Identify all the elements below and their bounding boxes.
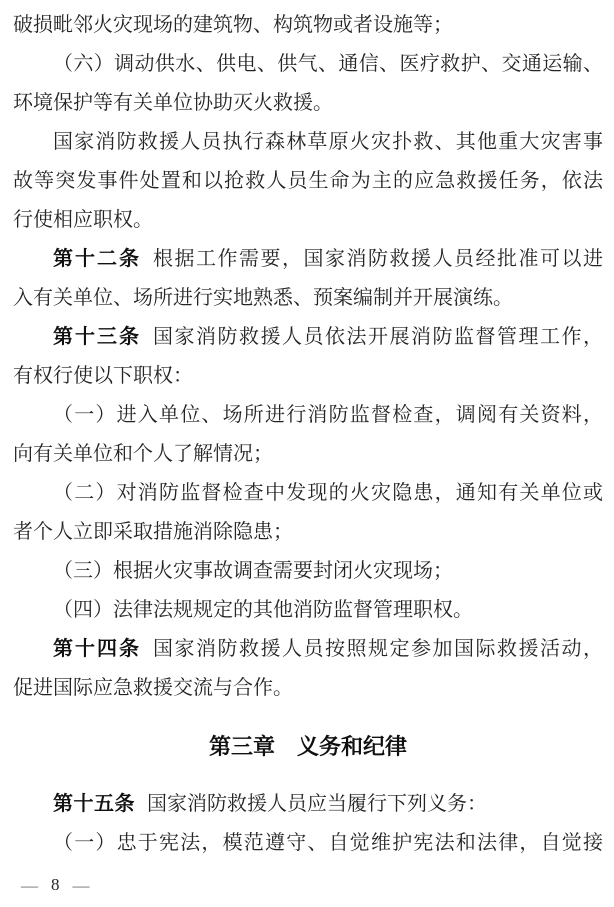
page-number: 8 <box>51 875 60 895</box>
article-line: 第十三条国家消防救援人员依法开展消防监督管理工作， <box>13 318 603 357</box>
text-line: （四）法律法规规定的其他消防监督管理职权。 <box>13 591 603 630</box>
text-line: 行使相应职权。 <box>13 201 603 240</box>
article-text: 根据工作需要，国家消防救援人员经批准可以进 <box>153 248 603 270</box>
text-line: 故等突发事件处置和以抢救人员生命为主的应急救援任务，依法 <box>13 162 603 201</box>
text-line: 向有关单位和个人了解情况； <box>13 435 603 474</box>
text-line: （六）调动供水、供电、供气、通信、医疗救护、交通运输、 <box>13 45 603 84</box>
footer-dash-right: — <box>73 877 90 894</box>
footer-dash-left: — <box>21 877 38 894</box>
text-line: 破损毗邻火灾现场的建筑物、构筑物或者设施等； <box>13 6 603 45</box>
text-line: 国家消防救援人员执行森林草原火灾扑救、其他重大灾害事 <box>13 123 603 162</box>
text-line: 入有关单位、场所进行实地熟悉、预案编制并开展演练。 <box>13 279 603 318</box>
text-line: （一）忠于宪法，模范遵守、自觉维护宪法和法律，自觉接 <box>13 824 603 863</box>
page-footer: — 8 — <box>21 872 90 898</box>
text-line: 促进国际应急救援交流与合作。 <box>13 669 603 708</box>
chapter-heading: 第三章 义务和纪律 <box>13 727 603 766</box>
text-line: （三）根据火灾事故调查需要封闭火灾现场； <box>13 552 603 591</box>
article-line: 第十五条国家消防救援人员应当履行下列义务： <box>13 785 603 824</box>
article-number: 第十三条 <box>53 326 141 348</box>
document-body: 破损毗邻火灾现场的建筑物、构筑物或者设施等； （六）调动供水、供电、供气、通信、… <box>13 6 603 863</box>
article-text: 国家消防救援人员应当履行下列义务： <box>147 793 487 815</box>
text-line: 环境保护等有关单位协助灭火救援。 <box>13 84 603 123</box>
article-line: 第十四条国家消防救援人员按照规定参加国际救援活动， <box>13 630 603 669</box>
text-line: （二）对消防监督检查中发现的火灾隐患，通知有关单位或 <box>13 474 603 513</box>
text-line: 有权行使以下职权： <box>13 357 603 396</box>
article-number: 第十四条 <box>53 638 141 660</box>
document-page: 破损毗邻火灾现场的建筑物、构筑物或者设施等； （六）调动供水、供电、供气、通信、… <box>0 0 614 907</box>
text-line: 者个人立即采取措施消除隐患； <box>13 513 603 552</box>
text-line: （一）进入单位、场所进行消防监督检查，调阅有关资料， <box>13 396 603 435</box>
article-number: 第十五条 <box>53 793 135 815</box>
article-number: 第十二条 <box>53 248 141 270</box>
article-text: 国家消防救援人员依法开展消防监督管理工作， <box>153 326 603 348</box>
article-line: 第十二条根据工作需要，国家消防救援人员经批准可以进 <box>13 240 603 279</box>
article-text: 国家消防救援人员按照规定参加国际救援活动， <box>153 638 603 660</box>
